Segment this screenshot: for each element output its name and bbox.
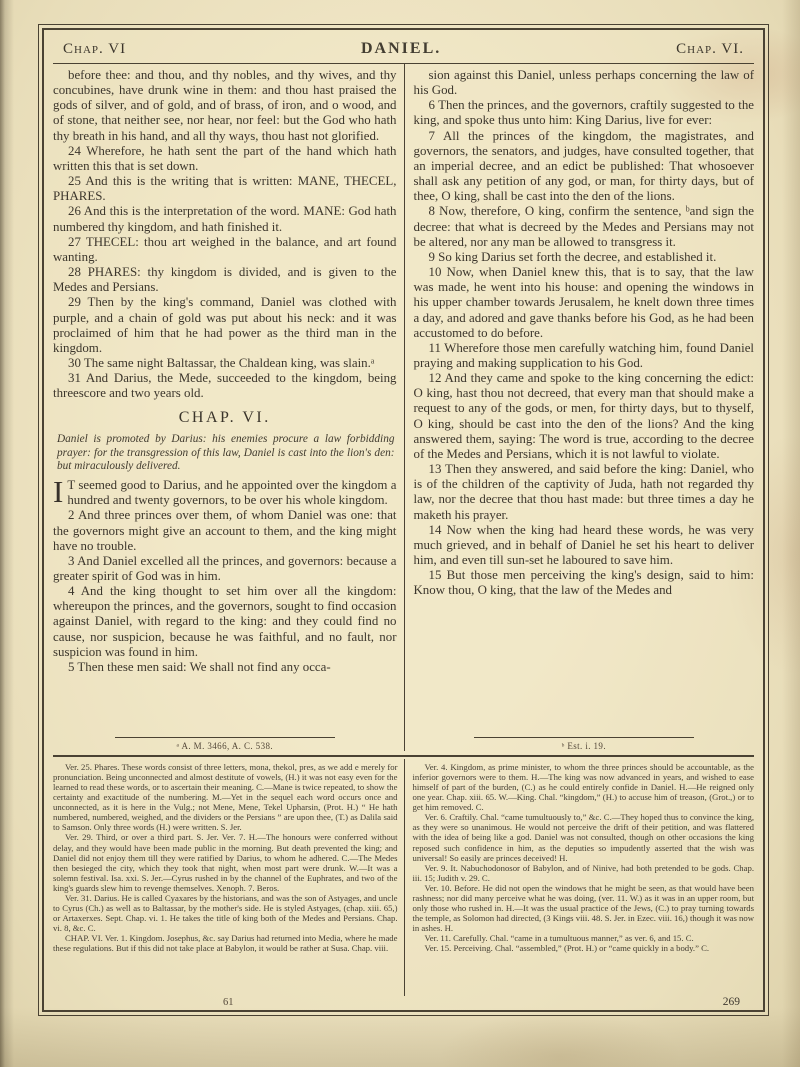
verse-paragraph: 28 PHARES: thy kingdom is divided, and i… bbox=[53, 265, 397, 295]
commentary-note: Ver. 9. It. Nabuchodonosor of Babylon, a… bbox=[413, 863, 755, 883]
footnote-reference-a: ᵃ A. M. 3466, A. C. 538. bbox=[53, 741, 397, 751]
verse-paragraph: 6 Then the princes, and the governors, c… bbox=[414, 98, 755, 128]
signature-number: 61 bbox=[223, 997, 234, 1008]
opening-verse-text: T seemed good to Darius, and he appointe… bbox=[67, 478, 396, 507]
commentary-right-column: Ver. 4. Kingdom, as prime minister, to w… bbox=[404, 759, 755, 996]
running-header: Chap. VI DANIEL. Chap. VI. bbox=[53, 34, 754, 63]
page-frame-inner: Chap. VI DANIEL. Chap. VI. before thee: … bbox=[42, 28, 765, 1012]
verse-paragraph: before thee: and thou, and thy nobles, a… bbox=[53, 68, 397, 144]
book-title: DANIEL. bbox=[361, 40, 441, 58]
verse-paragraph: 12 And they came and spoke to the king c… bbox=[414, 371, 755, 462]
header-chapter-right: Chap. VI. bbox=[676, 41, 744, 58]
bible-text-section: before thee: and thou, and thy nobles, a… bbox=[53, 63, 754, 751]
right-column-verses: sion against this Daniel, unless perhaps… bbox=[414, 68, 755, 598]
right-footnote-block: ᵇ Est. i. 19. bbox=[414, 733, 755, 751]
verse-paragraph: 7 All the princes of the kingdom, the ma… bbox=[414, 129, 755, 205]
verse-paragraph: 4 And the king thought to set him over a… bbox=[53, 584, 397, 660]
verse-paragraph: 15 But those men perceiving the king's d… bbox=[414, 568, 755, 598]
commentary-note: Ver. 10. Before. He did not open the win… bbox=[413, 883, 755, 933]
footnote-reference-b: ᵇ Est. i. 19. bbox=[414, 741, 755, 751]
verse-paragraph: 25 And this is the writing that is writt… bbox=[53, 174, 397, 204]
verse-paragraph: 3 And Daniel excelled all the princes, a… bbox=[53, 554, 397, 584]
verse-paragraph: 24 Wherefore, he hath sent the part of t… bbox=[53, 144, 397, 174]
commentary-note: Ver. 25. Phares. These words consist of … bbox=[53, 762, 398, 833]
verse-paragraph: 29 Then by the king's command, Daniel wa… bbox=[53, 295, 397, 356]
drop-cap: I bbox=[53, 478, 67, 505]
commentary-note: Ver. 11. Carefully. Chal. “came in a tum… bbox=[413, 933, 755, 943]
verse-paragraph: 2 And three princes over them, of whom D… bbox=[53, 508, 397, 553]
commentary-note: Ver. 4. Kingdom, as prime minister, to w… bbox=[413, 762, 755, 812]
commentary-note: Ver. 31. Darius. He is called Cyaxares b… bbox=[53, 893, 398, 933]
verse-paragraph: 30 The same night Baltassar, the Chaldea… bbox=[53, 356, 397, 371]
footnote-rule bbox=[474, 737, 694, 738]
chapter-heading: CHAP. VI. bbox=[53, 409, 397, 427]
bible-text-right-column: sion against this Daniel, unless perhaps… bbox=[404, 63, 755, 751]
bible-text-left-column: before thee: and thou, and thy nobles, a… bbox=[53, 63, 404, 751]
verse-paragraph: 10 Now, when Daniel knew this, that is t… bbox=[414, 265, 755, 341]
verse-paragraph: 26 And this is the interpretation of the… bbox=[53, 204, 397, 234]
footer-left-half: 61 bbox=[53, 997, 404, 1008]
verse-paragraph: sion against this Daniel, unless perhaps… bbox=[414, 68, 755, 98]
chapter5-verses: before thee: and thou, and thy nobles, a… bbox=[53, 68, 397, 401]
header-chapter-left: Chap. VI bbox=[63, 41, 126, 58]
chapter6-verses: 2 And three princes over them, of whom D… bbox=[53, 508, 397, 675]
verse-paragraph: 9 So king Darius set forth the decree, a… bbox=[414, 250, 755, 265]
verse-paragraph: 11 Wherefore those men carefully watchin… bbox=[414, 341, 755, 371]
scanned-page: Chap. VI DANIEL. Chap. VI. before thee: … bbox=[0, 0, 800, 1067]
footnote-rule bbox=[115, 737, 335, 738]
chapter-argument: Daniel is promoted by Darius: his enemie… bbox=[57, 433, 395, 473]
verse-paragraph: 5 Then these men said: We shall not find… bbox=[53, 660, 397, 675]
commentary-note: Ver. 29. Third, or over a third part. S.… bbox=[53, 832, 398, 893]
verse-paragraph: 13 Then they answered, and said before t… bbox=[414, 462, 755, 523]
commentary-note: Ver. 6. Craftily. Chal. “came tumultuous… bbox=[413, 812, 755, 862]
opening-verse: IT seemed good to Darius, and he appoint… bbox=[53, 478, 397, 508]
verse-paragraph: 31 And Darius, the Mede, succeeded to th… bbox=[53, 371, 397, 401]
footer-right-half: 269 bbox=[404, 996, 755, 1008]
left-footnote-block: ᵃ A. M. 3466, A. C. 538. bbox=[53, 733, 397, 751]
page-footer: 61 269 bbox=[53, 996, 754, 1008]
verse-paragraph: 27 THECEL: thou art weighed in the balan… bbox=[53, 235, 397, 265]
page-frame: Chap. VI DANIEL. Chap. VI. before thee: … bbox=[38, 24, 769, 1016]
commentary-separator bbox=[53, 755, 754, 757]
verse-paragraph: 14 Now when the king had heard these wor… bbox=[414, 523, 755, 568]
commentary-note: CHAP. VI. Ver. 1. Kingdom. Josephus, &c.… bbox=[53, 933, 398, 953]
commentary-note: Ver. 15. Perceiving. Chal. “assembled,” … bbox=[413, 943, 755, 953]
page-number: 269 bbox=[723, 996, 754, 1008]
commentary-left-column: Ver. 25. Phares. These words consist of … bbox=[53, 759, 404, 996]
verse-paragraph: 8 Now, therefore, O king, confirm the se… bbox=[414, 204, 755, 249]
commentary-section: Ver. 25. Phares. These words consist of … bbox=[53, 759, 754, 996]
